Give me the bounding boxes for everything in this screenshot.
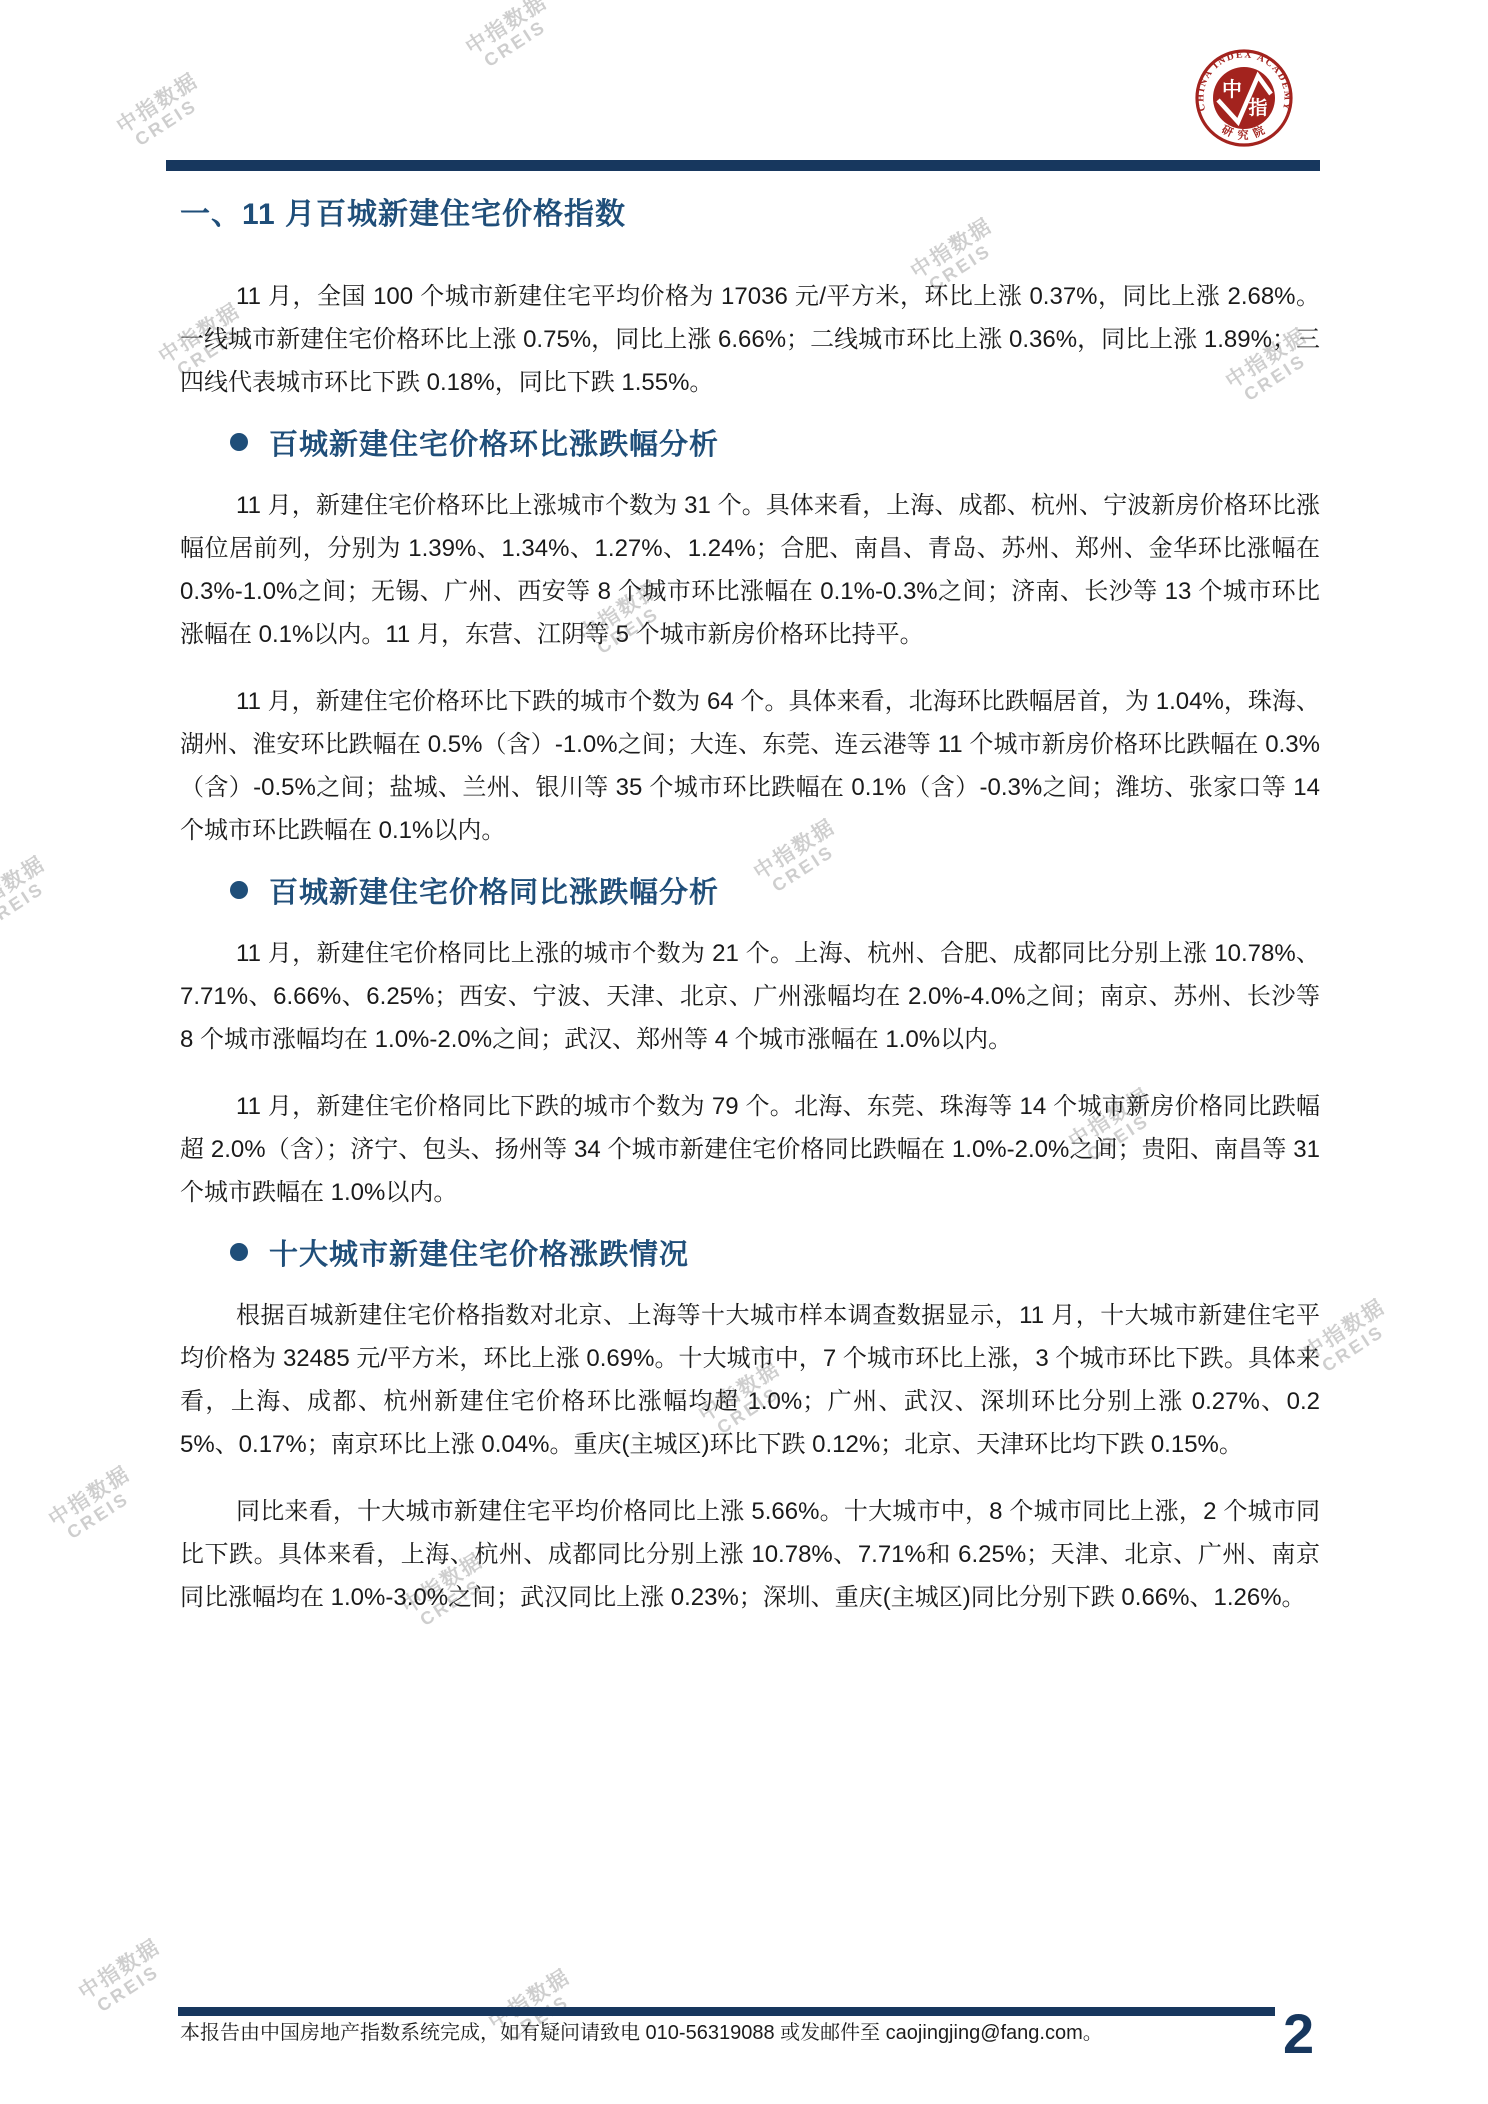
seal-char-zhi: 指	[1248, 96, 1267, 119]
bullet-heading: 十大城市新建住宅价格涨跌情况	[180, 1234, 1320, 1270]
bullet-dot-icon	[230, 1243, 248, 1261]
report-body: 一、11 月百城新建住宅价格指数 11 月，全国 100 个城市新建住宅平均价格…	[180, 185, 1320, 1619]
seal-char-zhong: 中	[1222, 77, 1242, 101]
china-index-academy-seal-logo: CHINA INDEX ACADEMY 中 指 研 究 院	[1194, 48, 1294, 153]
bullet-dot-icon	[230, 433, 248, 451]
page-number: 2	[1283, 2004, 1314, 2064]
bullet-heading-label: 百城新建住宅价格同比涨跌幅分析	[269, 870, 719, 911]
seal-icon: CHINA INDEX ACADEMY 中 指 研 究 院	[1194, 48, 1294, 148]
creis-watermark: 中指数据CREIS	[462, 0, 561, 75]
footer-note: 本报告由中国房地产指数系统完成，如有疑问请致电 010-56319088 或发邮…	[180, 2016, 1260, 2045]
paragraph: 11 月，新建住宅价格同比上涨的城市个数为 21 个。上海、杭州、合肥、成都同比…	[180, 932, 1320, 1061]
creis-watermark: 中指数据CREIS	[45, 1463, 144, 1547]
paragraph: 同比来看，十大城市新建住宅平均价格同比上涨 5.66%。十大城市中，8 个城市同…	[180, 1490, 1320, 1619]
header-rule	[166, 160, 1320, 171]
paragraph: 11 月，新建住宅价格环比上涨城市个数为 31 个。具体来看，上海、成都、杭州、…	[180, 484, 1320, 656]
paragraph: 11 月，新建住宅价格同比下跌的城市个数为 79 个。北海、东莞、珠海等 14 …	[180, 1085, 1320, 1214]
bullet-heading: 百城新建住宅价格环比涨跌幅分析	[180, 424, 1320, 460]
paragraph: 11 月，新建住宅价格环比下跌的城市个数为 64 个。具体来看，北海环比跌幅居首…	[180, 680, 1320, 852]
bullet-heading-label: 百城新建住宅价格环比涨跌幅分析	[269, 422, 719, 463]
creis-watermark: 中指数据CREIS	[75, 1936, 174, 2020]
creis-watermark: 中指数据CREIS	[113, 70, 212, 154]
bullet-heading-label: 十大城市新建住宅价格涨跌情况	[269, 1232, 689, 1273]
paragraph: 根据百城新建住宅价格指数对北京、上海等十大城市样本调查数据显示，11 月，十大城…	[180, 1294, 1320, 1466]
report-page: 中指数据CREIS 中指数据CREIS 中指数据CREIS 中指数据CREIS …	[0, 0, 1488, 2104]
bullet-dot-icon	[230, 881, 248, 899]
bullet-heading: 百城新建住宅价格同比涨跌幅分析	[180, 872, 1320, 908]
footer-rule	[178, 2007, 1275, 2016]
creis-watermark: 中指数据CREIS	[0, 853, 60, 937]
paragraph: 11 月，全国 100 个城市新建住宅平均价格为 17036 元/平方米，环比上…	[180, 275, 1320, 404]
section-title: 一、11 月百城新建住宅价格指数	[180, 185, 1320, 235]
